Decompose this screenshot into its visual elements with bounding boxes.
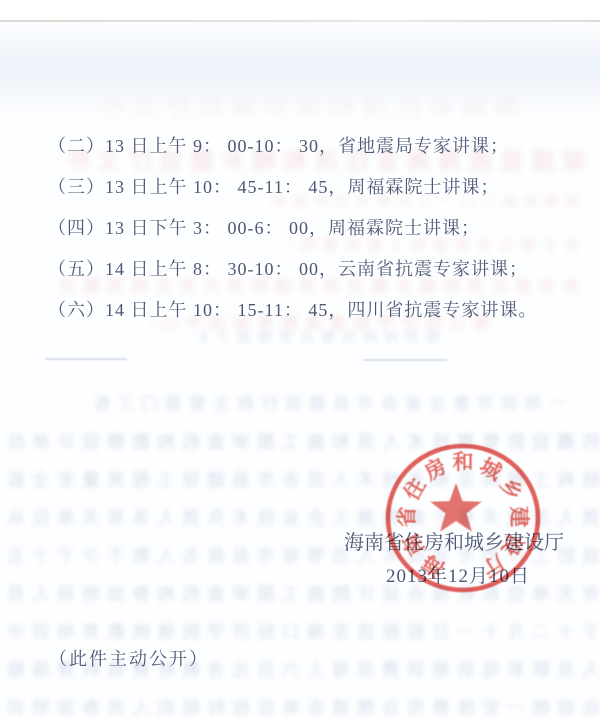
svg-text:建: 建 (507, 506, 531, 527)
scanned-document-page: 海南省住房和城乡建设厅文件琼建设函海南省住房和城乡建设厅文件号琼建设函二〇一三年… (0, 0, 600, 718)
svg-text:住: 住 (399, 474, 430, 504)
svg-text:乡: 乡 (495, 474, 526, 504)
official-seal: 海南省住房和城乡建设厅 (383, 438, 543, 598)
svg-text:设: 设 (497, 530, 528, 560)
schedule-line: （五）14 日上午 8： 30-10： 00，云南省抗震专家讲课； (48, 255, 528, 281)
schedule-line: （四）13 日下午 3： 00-6： 00，周福霖院士讲课； (48, 214, 480, 240)
svg-text:南: 南 (398, 530, 429, 560)
disclosure-note: （此件主动公开） (49, 645, 209, 671)
svg-text:和: 和 (453, 450, 474, 474)
schedule-line: （三）13 日上午 10： 45-11： 45，周福霖院士讲课； (48, 173, 499, 199)
schedule-line: （六）14 日上午 10： 15-11： 45，四川省抗震专家讲课。 (48, 296, 537, 322)
schedule-line: （二）13 日上午 9： 00-10： 30，省地震局专家讲课； (48, 132, 509, 158)
svg-text:省: 省 (395, 506, 419, 527)
seal-star-icon (430, 483, 481, 532)
